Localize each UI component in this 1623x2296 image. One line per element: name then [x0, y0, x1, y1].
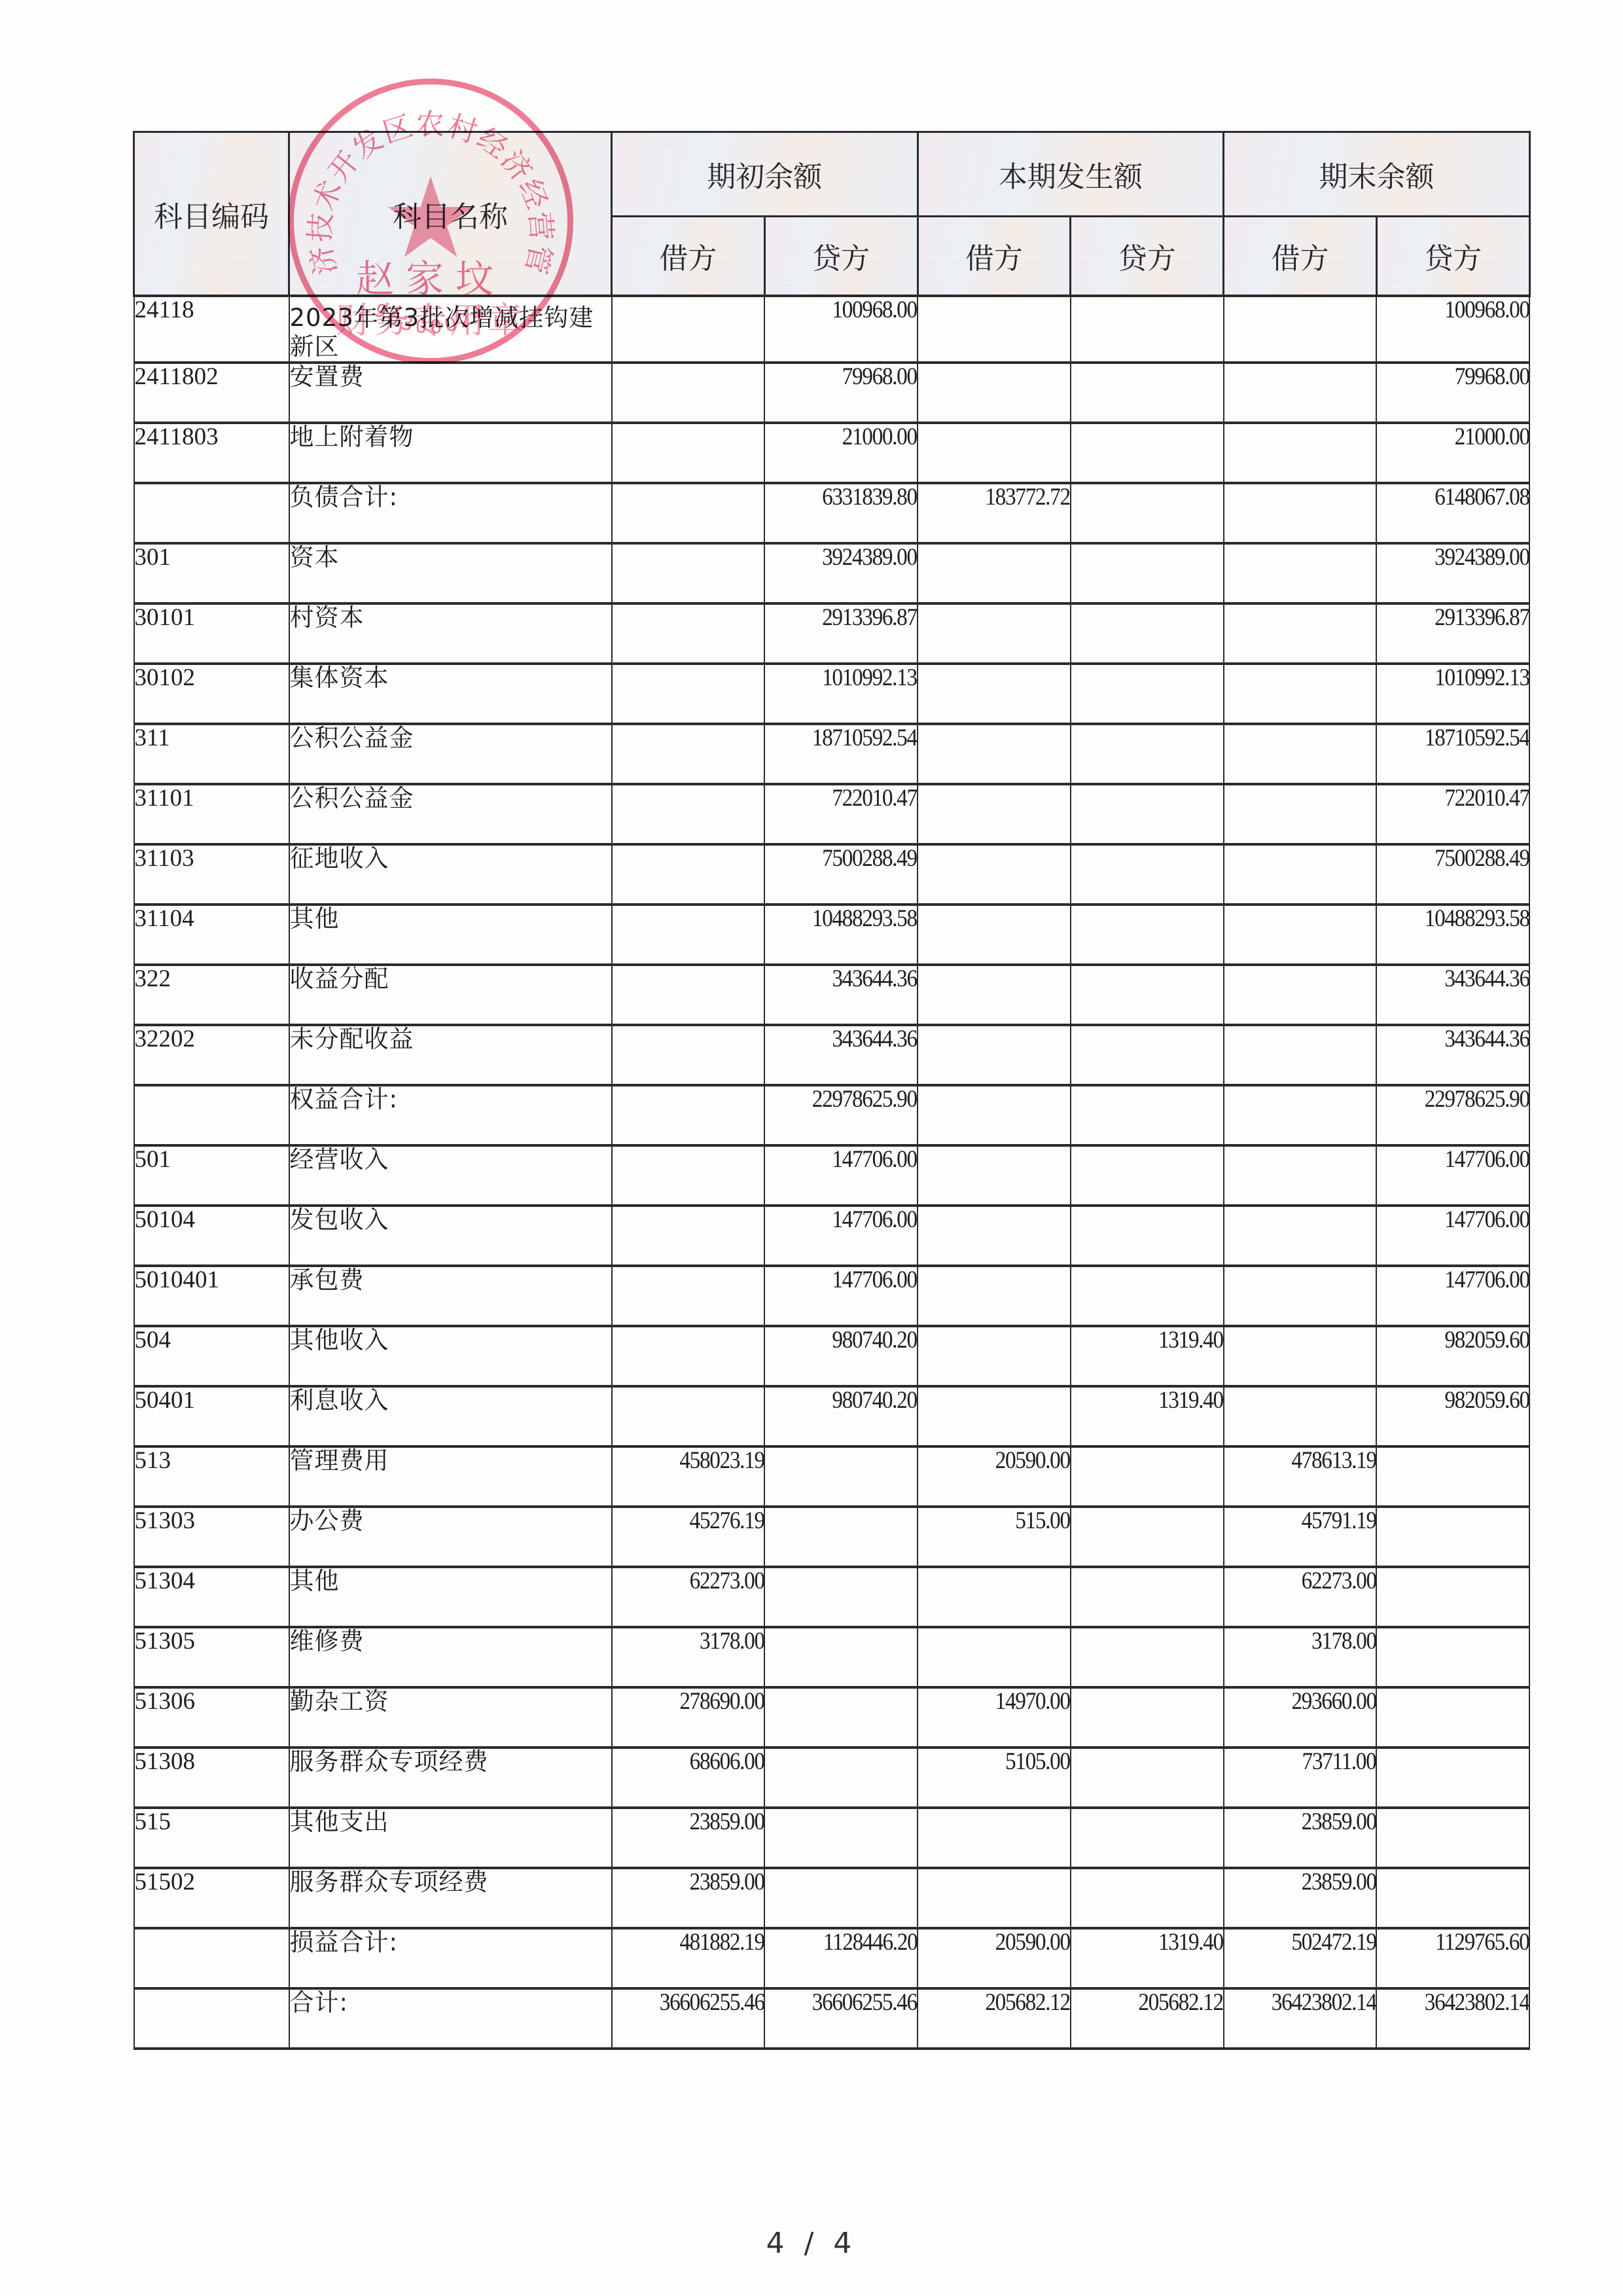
- opening-credit-cell: 21000.00: [764, 423, 918, 483]
- period-debit-cell: [918, 1266, 1071, 1326]
- opening-debit-cell: [612, 724, 765, 784]
- table-row: 权益合计:22978625.9022978625.90: [134, 1085, 1530, 1145]
- period-debit-cell: 14970.00: [918, 1687, 1071, 1748]
- period-credit-cell: [1071, 844, 1224, 905]
- table-row: 311公积公益金18710592.5418710592.54: [134, 724, 1530, 784]
- opening-credit-value: 36606255.46: [812, 1990, 917, 2016]
- opening-credit-value: 3924389.00: [822, 545, 917, 571]
- table-row: 241182023年第3批次增减挂钩建新区100968.00100968.00: [134, 296, 1530, 363]
- closing-debit-cell: 45791.19: [1224, 1507, 1377, 1567]
- period-debit-cell: [918, 1145, 1071, 1206]
- closing-credit-value: 2913396.87: [1435, 605, 1529, 631]
- opening-credit-value: 980740.20: [832, 1388, 917, 1414]
- closing-credit-cell: [1376, 1687, 1529, 1748]
- period-debit-value: 5105.00: [1005, 1749, 1070, 1775]
- opening-credit-cell: 1128446.20: [764, 1928, 918, 1988]
- period-credit-cell: [1071, 296, 1224, 363]
- table-row: 504其他收入980740.201319.40982059.60: [134, 1326, 1530, 1386]
- opening-debit-value: 23859.00: [689, 1869, 764, 1895]
- closing-credit-cell: 22978625.90: [1376, 1085, 1529, 1145]
- opening-debit-cell: [612, 664, 765, 724]
- opening-debit-cell: [612, 905, 765, 965]
- closing-credit-cell: [1376, 1868, 1529, 1928]
- closing-credit-cell: 79968.00: [1376, 363, 1529, 423]
- opening-credit-cell: 10488293.58: [764, 905, 918, 965]
- table-row: 51303办公费45276.19515.0045791.19: [134, 1507, 1530, 1567]
- account-balance-table: 科目编码 科目名称 期初余额 本期发生额 期末余额 借方 贷方 借方 贷方 借方…: [133, 131, 1531, 2050]
- closing-credit-value: 982059.60: [1444, 1388, 1529, 1414]
- closing-credit-cell: [1376, 1446, 1529, 1507]
- period-credit-cell: [1071, 423, 1224, 483]
- period-debit-cell: [918, 363, 1071, 423]
- account-code-cell: 51303: [134, 1507, 289, 1567]
- closing-debit-cell: 73711.00: [1224, 1748, 1377, 1808]
- account-code-cell: 301: [134, 543, 289, 603]
- period-credit-value: 1319.40: [1158, 1327, 1223, 1354]
- period-credit-cell: [1071, 1266, 1224, 1326]
- table-row: 2411803地上附着物21000.0021000.00: [134, 423, 1530, 483]
- opening-credit-value: 147706.00: [832, 1207, 917, 1233]
- account-name-cell: 服务群众专项经费: [289, 1748, 612, 1808]
- opening-credit-cell: 980740.20: [764, 1326, 918, 1386]
- period-credit-cell: [1071, 1446, 1224, 1507]
- account-name-cell: 合计:: [289, 1988, 612, 2049]
- closing-debit-cell: [1224, 1025, 1377, 1085]
- opening-debit-cell: 62273.00: [612, 1567, 765, 1627]
- opening-debit-cell: [612, 1386, 765, 1446]
- closing-debit-cell: [1224, 1145, 1377, 1206]
- account-name-cell: 发包收入: [289, 1206, 612, 1266]
- opening-debit-cell: [612, 1145, 765, 1206]
- closing-debit-value: 3178.00: [1311, 1628, 1376, 1655]
- closing-credit-value: 6148067.08: [1435, 484, 1529, 511]
- closing-debit-cell: [1224, 363, 1377, 423]
- table-row: 损益合计:481882.191128446.2020590.001319.405…: [134, 1928, 1530, 1988]
- period-debit-cell: [918, 1868, 1071, 1928]
- opening-debit-value: 36606255.46: [659, 1990, 764, 2016]
- account-name-cell: 其他: [289, 905, 612, 965]
- period-debit-cell: 205682.12: [918, 1988, 1071, 2049]
- header-period-debit: 借方: [918, 217, 1071, 296]
- closing-credit-cell: 147706.00: [1376, 1145, 1529, 1206]
- closing-debit-cell: 23859.00: [1224, 1868, 1377, 1928]
- period-credit-cell: 205682.12: [1071, 1988, 1224, 2049]
- closing-credit-cell: 3924389.00: [1376, 543, 1529, 603]
- opening-credit-value: 722010.47: [832, 785, 917, 812]
- opening-credit-cell: 22978625.90: [764, 1085, 918, 1145]
- opening-credit-cell: 147706.00: [764, 1145, 918, 1206]
- opening-credit-cell: [764, 1627, 918, 1687]
- period-debit-value: 14970.00: [995, 1689, 1070, 1715]
- opening-debit-cell: 68606.00: [612, 1748, 765, 1808]
- opening-debit-cell: 481882.19: [612, 1928, 765, 1988]
- account-code-cell: 2411802: [134, 363, 289, 423]
- opening-credit-cell: 980740.20: [764, 1386, 918, 1446]
- opening-credit-cell: 343644.36: [764, 1025, 918, 1085]
- opening-debit-cell: [612, 1206, 765, 1266]
- period-debit-cell: [918, 1627, 1071, 1687]
- period-debit-cell: 183772.72: [918, 483, 1071, 543]
- period-debit-cell: [918, 603, 1071, 664]
- opening-credit-value: 22978625.90: [812, 1086, 917, 1113]
- closing-debit-cell: [1224, 543, 1377, 603]
- closing-credit-cell: 982059.60: [1376, 1386, 1529, 1446]
- period-debit-cell: [918, 844, 1071, 905]
- table-row: 513管理费用458023.1920590.00478613.19: [134, 1446, 1530, 1507]
- period-debit-cell: 515.00: [918, 1507, 1071, 1567]
- opening-credit-value: 343644.36: [832, 1026, 917, 1052]
- account-code-cell: 513: [134, 1446, 289, 1507]
- opening-debit-value: 62273.00: [689, 1568, 764, 1594]
- closing-credit-cell: [1376, 1507, 1529, 1567]
- period-credit-cell: [1071, 1567, 1224, 1627]
- period-credit-cell: [1071, 784, 1224, 844]
- header-account-code: 科目编码: [134, 132, 289, 296]
- period-debit-cell: [918, 724, 1071, 784]
- opening-debit-value: 68606.00: [689, 1749, 764, 1775]
- account-name-cell: 资本: [289, 543, 612, 603]
- period-debit-value: 20590.00: [995, 1929, 1070, 1956]
- period-debit-cell: [918, 1386, 1071, 1446]
- opening-credit-value: 1128446.20: [823, 1929, 917, 1956]
- account-code-cell: 24118: [134, 296, 289, 363]
- closing-credit-cell: 982059.60: [1376, 1326, 1529, 1386]
- period-debit-value: 20590.00: [995, 1448, 1070, 1474]
- account-name-cell: 其他收入: [289, 1326, 612, 1386]
- opening-credit-value: 2913396.87: [822, 605, 917, 631]
- opening-credit-cell: 18710592.54: [764, 724, 918, 784]
- closing-debit-cell: [1224, 784, 1377, 844]
- opening-debit-cell: [612, 603, 765, 664]
- closing-credit-value: 722010.47: [1444, 785, 1529, 812]
- header-opening-credit: 贷方: [764, 217, 918, 296]
- opening-credit-cell: 147706.00: [764, 1266, 918, 1326]
- opening-credit-value: 343644.36: [832, 966, 917, 992]
- closing-credit-cell: [1376, 1748, 1529, 1808]
- account-code-cell: 31104: [134, 905, 289, 965]
- closing-credit-value: 3924389.00: [1435, 545, 1529, 571]
- table-row: 51502服务群众专项经费23859.0023859.00: [134, 1868, 1530, 1928]
- closing-credit-value: 21000.00: [1454, 424, 1529, 450]
- closing-debit-cell: [1224, 905, 1377, 965]
- account-code-cell: 515: [134, 1808, 289, 1868]
- account-name-cell: 权益合计:: [289, 1085, 612, 1145]
- closing-credit-value: 147706.00: [1444, 1147, 1529, 1173]
- opening-debit-cell: [612, 483, 765, 543]
- account-code-cell: 2411803: [134, 423, 289, 483]
- period-credit-cell: [1071, 543, 1224, 603]
- opening-credit-value: 980740.20: [832, 1327, 917, 1354]
- account-name-cell: 办公费: [289, 1507, 612, 1567]
- closing-debit-value: 23859.00: [1301, 1809, 1376, 1835]
- closing-credit-cell: [1376, 1808, 1529, 1868]
- closing-credit-cell: 1010992.13: [1376, 664, 1529, 724]
- opening-debit-value: 278690.00: [679, 1689, 764, 1715]
- opening-credit-cell: 7500288.49: [764, 844, 918, 905]
- closing-debit-cell: 293660.00: [1224, 1687, 1377, 1748]
- table-row: 2411802安置费79968.0079968.00: [134, 363, 1530, 423]
- trial-balance-sheet: 科目编码 科目名称 期初余额 本期发生额 期末余额 借方 贷方 借方 贷方 借方…: [133, 131, 1529, 2050]
- closing-debit-value: 502472.19: [1291, 1929, 1376, 1956]
- period-credit-cell: [1071, 724, 1224, 784]
- period-debit-cell: [918, 1206, 1071, 1266]
- closing-debit-cell: [1224, 1386, 1377, 1446]
- closing-credit-cell: 21000.00: [1376, 423, 1529, 483]
- period-credit-cell: [1071, 1085, 1224, 1145]
- table-row: 31101公积公益金722010.47722010.47: [134, 784, 1530, 844]
- period-debit-cell: [918, 784, 1071, 844]
- header-current-period: 本期发生额: [918, 132, 1224, 217]
- closing-debit-value: 36423802.14: [1272, 1990, 1376, 2016]
- account-code-cell: 501: [134, 1145, 289, 1206]
- opening-debit-value: 481882.19: [679, 1929, 764, 1956]
- account-code-cell: 322: [134, 965, 289, 1025]
- period-debit-cell: [918, 543, 1071, 603]
- account-name-cell: 其他支出: [289, 1808, 612, 1868]
- opening-debit-value: 458023.19: [679, 1448, 764, 1474]
- closing-credit-value: 147706.00: [1444, 1207, 1529, 1233]
- header-opening-debit: 借方: [612, 217, 765, 296]
- closing-credit-cell: 7500288.49: [1376, 844, 1529, 905]
- opening-debit-value: 23859.00: [689, 1809, 764, 1835]
- period-credit-cell: 1319.40: [1071, 1386, 1224, 1446]
- closing-credit-value: 18710592.54: [1424, 725, 1529, 751]
- closing-debit-cell: [1224, 844, 1377, 905]
- opening-credit-value: 147706.00: [832, 1267, 917, 1293]
- period-debit-cell: [918, 296, 1071, 363]
- period-credit-cell: [1071, 965, 1224, 1025]
- opening-credit-value: 7500288.49: [822, 846, 917, 872]
- period-debit-cell: [918, 664, 1071, 724]
- closing-debit-cell: 23859.00: [1224, 1808, 1377, 1868]
- table-row: 5010401承包费147706.00147706.00: [134, 1266, 1530, 1326]
- opening-credit-cell: 147706.00: [764, 1206, 918, 1266]
- opening-debit-cell: [612, 1085, 765, 1145]
- closing-credit-value: 147706.00: [1444, 1267, 1529, 1293]
- opening-credit-value: 100968.00: [832, 297, 917, 323]
- opening-credit-cell: [764, 1567, 918, 1627]
- period-credit-cell: [1071, 1748, 1224, 1808]
- account-code-cell: 311: [134, 724, 289, 784]
- account-name-cell: 2023年第3批次增减挂钩建新区: [289, 296, 612, 363]
- account-name-cell: 集体资本: [289, 664, 612, 724]
- closing-debit-cell: 36423802.14: [1224, 1988, 1377, 2049]
- header-period-credit: 贷方: [1071, 217, 1224, 296]
- closing-credit-cell: 10488293.58: [1376, 905, 1529, 965]
- opening-credit-value: 21000.00: [842, 424, 917, 450]
- account-code-cell: 30102: [134, 664, 289, 724]
- period-credit-cell: 1319.40: [1071, 1928, 1224, 1988]
- account-name-cell: 经营收入: [289, 1145, 612, 1206]
- opening-credit-value: 18710592.54: [812, 725, 917, 751]
- table-row: 50401利息收入980740.201319.40982059.60: [134, 1386, 1530, 1446]
- closing-credit-value: 343644.36: [1444, 1026, 1529, 1052]
- header-closing-credit: 贷方: [1376, 217, 1529, 296]
- account-code-cell: 51502: [134, 1868, 289, 1928]
- closing-debit-value: 478613.19: [1291, 1448, 1376, 1474]
- header-closing-debit: 借方: [1224, 217, 1377, 296]
- period-debit-cell: [918, 1025, 1071, 1085]
- closing-debit-value: 45791.19: [1301, 1508, 1376, 1534]
- closing-credit-cell: 343644.36: [1376, 1025, 1529, 1085]
- table-row: 51306勤杂工资278690.0014970.00293660.00: [134, 1687, 1530, 1748]
- closing-debit-cell: [1224, 603, 1377, 664]
- opening-debit-cell: [612, 1025, 765, 1085]
- period-credit-cell: [1071, 664, 1224, 724]
- opening-credit-value: 6331839.80: [822, 484, 917, 511]
- opening-debit-cell: 278690.00: [612, 1687, 765, 1748]
- account-name-cell: 维修费: [289, 1627, 612, 1687]
- opening-credit-cell: 1010992.13: [764, 664, 918, 724]
- account-code-cell: 31101: [134, 784, 289, 844]
- account-code-cell: 31103: [134, 844, 289, 905]
- table-row: 50104发包收入147706.00147706.00: [134, 1206, 1530, 1266]
- account-name-cell: 公积公益金: [289, 724, 612, 784]
- table-body: 241182023年第3批次增减挂钩建新区100968.00100968.002…: [134, 296, 1530, 2049]
- period-credit-cell: [1071, 1687, 1224, 1748]
- period-credit-value: 1319.40: [1158, 1929, 1223, 1956]
- period-credit-cell: [1071, 1868, 1224, 1928]
- account-name-cell: 村资本: [289, 603, 612, 664]
- opening-credit-cell: 3924389.00: [764, 543, 918, 603]
- closing-debit-cell: 478613.19: [1224, 1446, 1377, 1507]
- table-row: 30101村资本2913396.872913396.87: [134, 603, 1530, 664]
- period-debit-cell: [918, 423, 1071, 483]
- period-debit-cell: 5105.00: [918, 1748, 1071, 1808]
- period-debit-cell: [918, 1085, 1071, 1145]
- closing-credit-cell: [1376, 1567, 1529, 1627]
- table-row: 51308服务群众专项经费68606.005105.0073711.00: [134, 1748, 1530, 1808]
- account-code-cell: [134, 1085, 289, 1145]
- closing-debit-value: 293660.00: [1291, 1689, 1376, 1715]
- closing-debit-value: 62273.00: [1301, 1568, 1376, 1594]
- closing-debit-cell: [1224, 1266, 1377, 1326]
- opening-debit-cell: [612, 1266, 765, 1326]
- opening-debit-cell: [612, 543, 765, 603]
- period-debit-cell: 20590.00: [918, 1928, 1071, 1988]
- closing-credit-value: 10488293.58: [1424, 906, 1529, 932]
- table-row: 31103征地收入7500288.497500288.49: [134, 844, 1530, 905]
- closing-credit-value: 100968.00: [1444, 297, 1529, 323]
- opening-debit-cell: 36606255.46: [612, 1988, 765, 2049]
- opening-credit-value: 1010992.13: [822, 665, 917, 691]
- account-name-cell: 损益合计:: [289, 1928, 612, 1988]
- opening-debit-cell: 458023.19: [612, 1446, 765, 1507]
- page-number: 4 / 4: [0, 2227, 1623, 2260]
- closing-debit-cell: 502472.19: [1224, 1928, 1377, 1988]
- period-credit-cell: [1071, 1808, 1224, 1868]
- account-name-cell: 安置费: [289, 363, 612, 423]
- closing-debit-cell: [1224, 423, 1377, 483]
- account-code-cell: 30101: [134, 603, 289, 664]
- opening-credit-cell: [764, 1808, 918, 1868]
- opening-credit-cell: [764, 1446, 918, 1507]
- opening-debit-cell: [612, 423, 765, 483]
- opening-debit-cell: [612, 844, 765, 905]
- table-row: 31104其他10488293.5810488293.58: [134, 905, 1530, 965]
- closing-credit-cell: 343644.36: [1376, 965, 1529, 1025]
- closing-credit-cell: 2913396.87: [1376, 603, 1529, 664]
- closing-debit-cell: [1224, 1085, 1377, 1145]
- period-debit-value: 515.00: [1015, 1508, 1069, 1534]
- opening-credit-cell: 343644.36: [764, 965, 918, 1025]
- opening-credit-value: 79968.00: [842, 364, 917, 390]
- opening-debit-cell: [612, 296, 765, 363]
- table-row: 501经营收入147706.00147706.00: [134, 1145, 1530, 1206]
- account-name-cell: 其他: [289, 1567, 612, 1627]
- period-credit-cell: [1071, 1627, 1224, 1687]
- period-credit-cell: [1071, 363, 1224, 423]
- opening-credit-cell: 2913396.87: [764, 603, 918, 664]
- opening-credit-cell: [764, 1748, 918, 1808]
- opening-debit-cell: 23859.00: [612, 1868, 765, 1928]
- period-credit-value: 205682.12: [1138, 1990, 1222, 2016]
- period-credit-cell: [1071, 1025, 1224, 1085]
- period-credit-cell: [1071, 483, 1224, 543]
- account-name-cell: 公积公益金: [289, 784, 612, 844]
- closing-credit-cell: 147706.00: [1376, 1266, 1529, 1326]
- closing-credit-value: 1010992.13: [1435, 665, 1529, 691]
- opening-debit-cell: [612, 363, 765, 423]
- closing-credit-value: 343644.36: [1444, 966, 1529, 992]
- opening-credit-cell: 36606255.46: [764, 1988, 918, 2049]
- account-code-cell: 32202: [134, 1025, 289, 1085]
- table-row: 51305维修费3178.003178.00: [134, 1627, 1530, 1687]
- account-code-cell: 50401: [134, 1386, 289, 1446]
- period-credit-cell: [1071, 1507, 1224, 1567]
- opening-debit-cell: 45276.19: [612, 1507, 765, 1567]
- closing-credit-cell: 18710592.54: [1376, 724, 1529, 784]
- account-name-cell: 勤杂工资: [289, 1687, 612, 1748]
- closing-debit-cell: 3178.00: [1224, 1627, 1377, 1687]
- closing-debit-value: 23859.00: [1301, 1869, 1376, 1895]
- opening-credit-cell: 79968.00: [764, 363, 918, 423]
- account-name-cell: 利息收入: [289, 1386, 612, 1446]
- account-code-cell: 51308: [134, 1748, 289, 1808]
- closing-credit-value: 7500288.49: [1435, 846, 1529, 872]
- opening-credit-cell: [764, 1507, 918, 1567]
- period-debit-cell: [918, 905, 1071, 965]
- closing-credit-cell: 1129765.60: [1376, 1928, 1529, 1988]
- period-credit-cell: 1319.40: [1071, 1326, 1224, 1386]
- account-name-cell: 管理费用: [289, 1446, 612, 1507]
- period-credit-cell: [1071, 603, 1224, 664]
- closing-credit-value: 1129765.60: [1435, 1929, 1529, 1956]
- account-code-cell: 51306: [134, 1687, 289, 1748]
- closing-credit-value: 982059.60: [1444, 1327, 1529, 1354]
- opening-credit-cell: [764, 1687, 918, 1748]
- opening-credit-value: 147706.00: [832, 1147, 917, 1173]
- period-credit-value: 1319.40: [1158, 1388, 1223, 1414]
- period-debit-value: 205682.12: [986, 1990, 1070, 2016]
- closing-debit-cell: [1224, 1326, 1377, 1386]
- period-debit-value: 183772.72: [986, 484, 1070, 511]
- closing-debit-cell: [1224, 965, 1377, 1025]
- account-name-cell: 负债合计:: [289, 483, 612, 543]
- table-row: 合计:36606255.4636606255.46205682.12205682…: [134, 1988, 1530, 2049]
- account-code-cell: 51304: [134, 1567, 289, 1627]
- closing-credit-value: 36423802.14: [1424, 1990, 1529, 2016]
- header-opening-balance: 期初余额: [612, 132, 918, 217]
- closing-debit-cell: [1224, 1206, 1377, 1266]
- closing-credit-value: 22978625.90: [1424, 1086, 1529, 1113]
- closing-credit-cell: 147706.00: [1376, 1206, 1529, 1266]
- closing-debit-cell: [1224, 664, 1377, 724]
- period-debit-cell: 20590.00: [918, 1446, 1071, 1507]
- closing-credit-value: 79968.00: [1454, 364, 1529, 390]
- closing-credit-cell: 6148067.08: [1376, 483, 1529, 543]
- account-name-cell: 收益分配: [289, 965, 612, 1025]
